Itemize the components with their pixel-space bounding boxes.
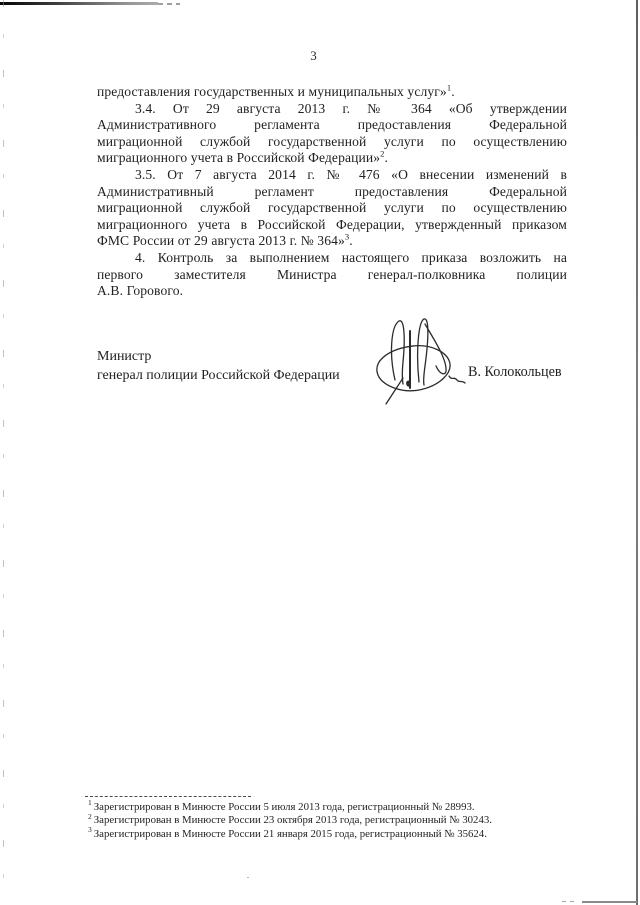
footnotes: 1Зарегистрирован в Минюсте России 5 июля… (88, 801, 593, 841)
scan-artifact-left-edge (3, 0, 4, 905)
footnote-text: Зарегистрирован в Минюсте России 5 июля … (94, 801, 475, 813)
paragraph-text: . (349, 233, 353, 248)
signatory-title: Министр генерал полиции Российской Федер… (97, 348, 397, 385)
footnote-marker: 3 (88, 825, 92, 834)
scan-artifact-dot (247, 877, 249, 878)
footnote: 3Зарегистрирован в Минюсте России 21 янв… (88, 828, 593, 841)
paragraph-line: Административный регламент предоставлени… (97, 184, 567, 201)
footnote: 2Зарегистрирован в Минюсте России 23 окт… (88, 814, 593, 827)
footnote-marker: 1 (88, 798, 92, 807)
scan-artifact-top-line (0, 2, 158, 5)
paragraph-line: миграционного учета в Российской Федерац… (97, 150, 567, 167)
document-body: предоставления государственных и муницип… (97, 84, 567, 300)
paragraph-text: ФМС России от 29 августа 2013 г. № 364» (97, 233, 345, 248)
signatory-title-line: генерал полиции Российской Федерации (97, 367, 397, 386)
page-number: 3 (0, 48, 627, 64)
scan-artifact-right-edge (636, 0, 638, 905)
footnote-text: Зарегистрирован в Минюсте России 23 октя… (94, 814, 492, 826)
footnote-divider (85, 796, 251, 797)
signatory-name: В. Колокольцев (468, 364, 562, 381)
paragraph-line: предоставления государственных и муницип… (97, 84, 567, 101)
scan-artifact-bottom-dashes (562, 901, 578, 902)
paragraph-line: миграционной службой государственной усл… (97, 134, 567, 151)
paragraph-line: первого заместителя Министра генерал-пол… (97, 267, 567, 284)
paragraph-line: Административного регламента предоставле… (97, 117, 567, 134)
footnote-marker: 2 (88, 812, 92, 821)
paragraph-line: миграционного учета в Российской Федерац… (97, 217, 567, 234)
paragraph-line: миграционной службой государственной усл… (97, 200, 567, 217)
paragraph-text: миграционного учета в Российской Федерац… (97, 150, 380, 165)
signatory-title-line: Министр (97, 348, 397, 367)
paragraph-text: . (384, 150, 388, 165)
scan-artifact-bottom-line (582, 901, 637, 903)
handwritten-signature (362, 314, 468, 408)
paragraph-text: . (451, 84, 455, 99)
paragraph-line: 4. Контроль за выполнением настоящего пр… (97, 250, 567, 267)
footnote: 1Зарегистрирован в Минюсте России 5 июля… (88, 801, 593, 814)
paragraph-line: 3.5. От 7 августа 2014 г. № 476 «О внесе… (97, 167, 567, 184)
scan-artifact-top-dashes (158, 3, 180, 5)
paragraph-text: предоставления государственных и муницип… (97, 84, 447, 99)
footnote-text: Зарегистрирован в Минюсте России 21 янва… (94, 828, 487, 840)
paragraph-line: 3.4. От 29 августа 2013 г. № 364 «Об утв… (97, 101, 567, 118)
paragraph-line: А.В. Горового. (97, 283, 567, 300)
paragraph-line: ФМС России от 29 августа 2013 г. № 364»3… (97, 233, 567, 250)
